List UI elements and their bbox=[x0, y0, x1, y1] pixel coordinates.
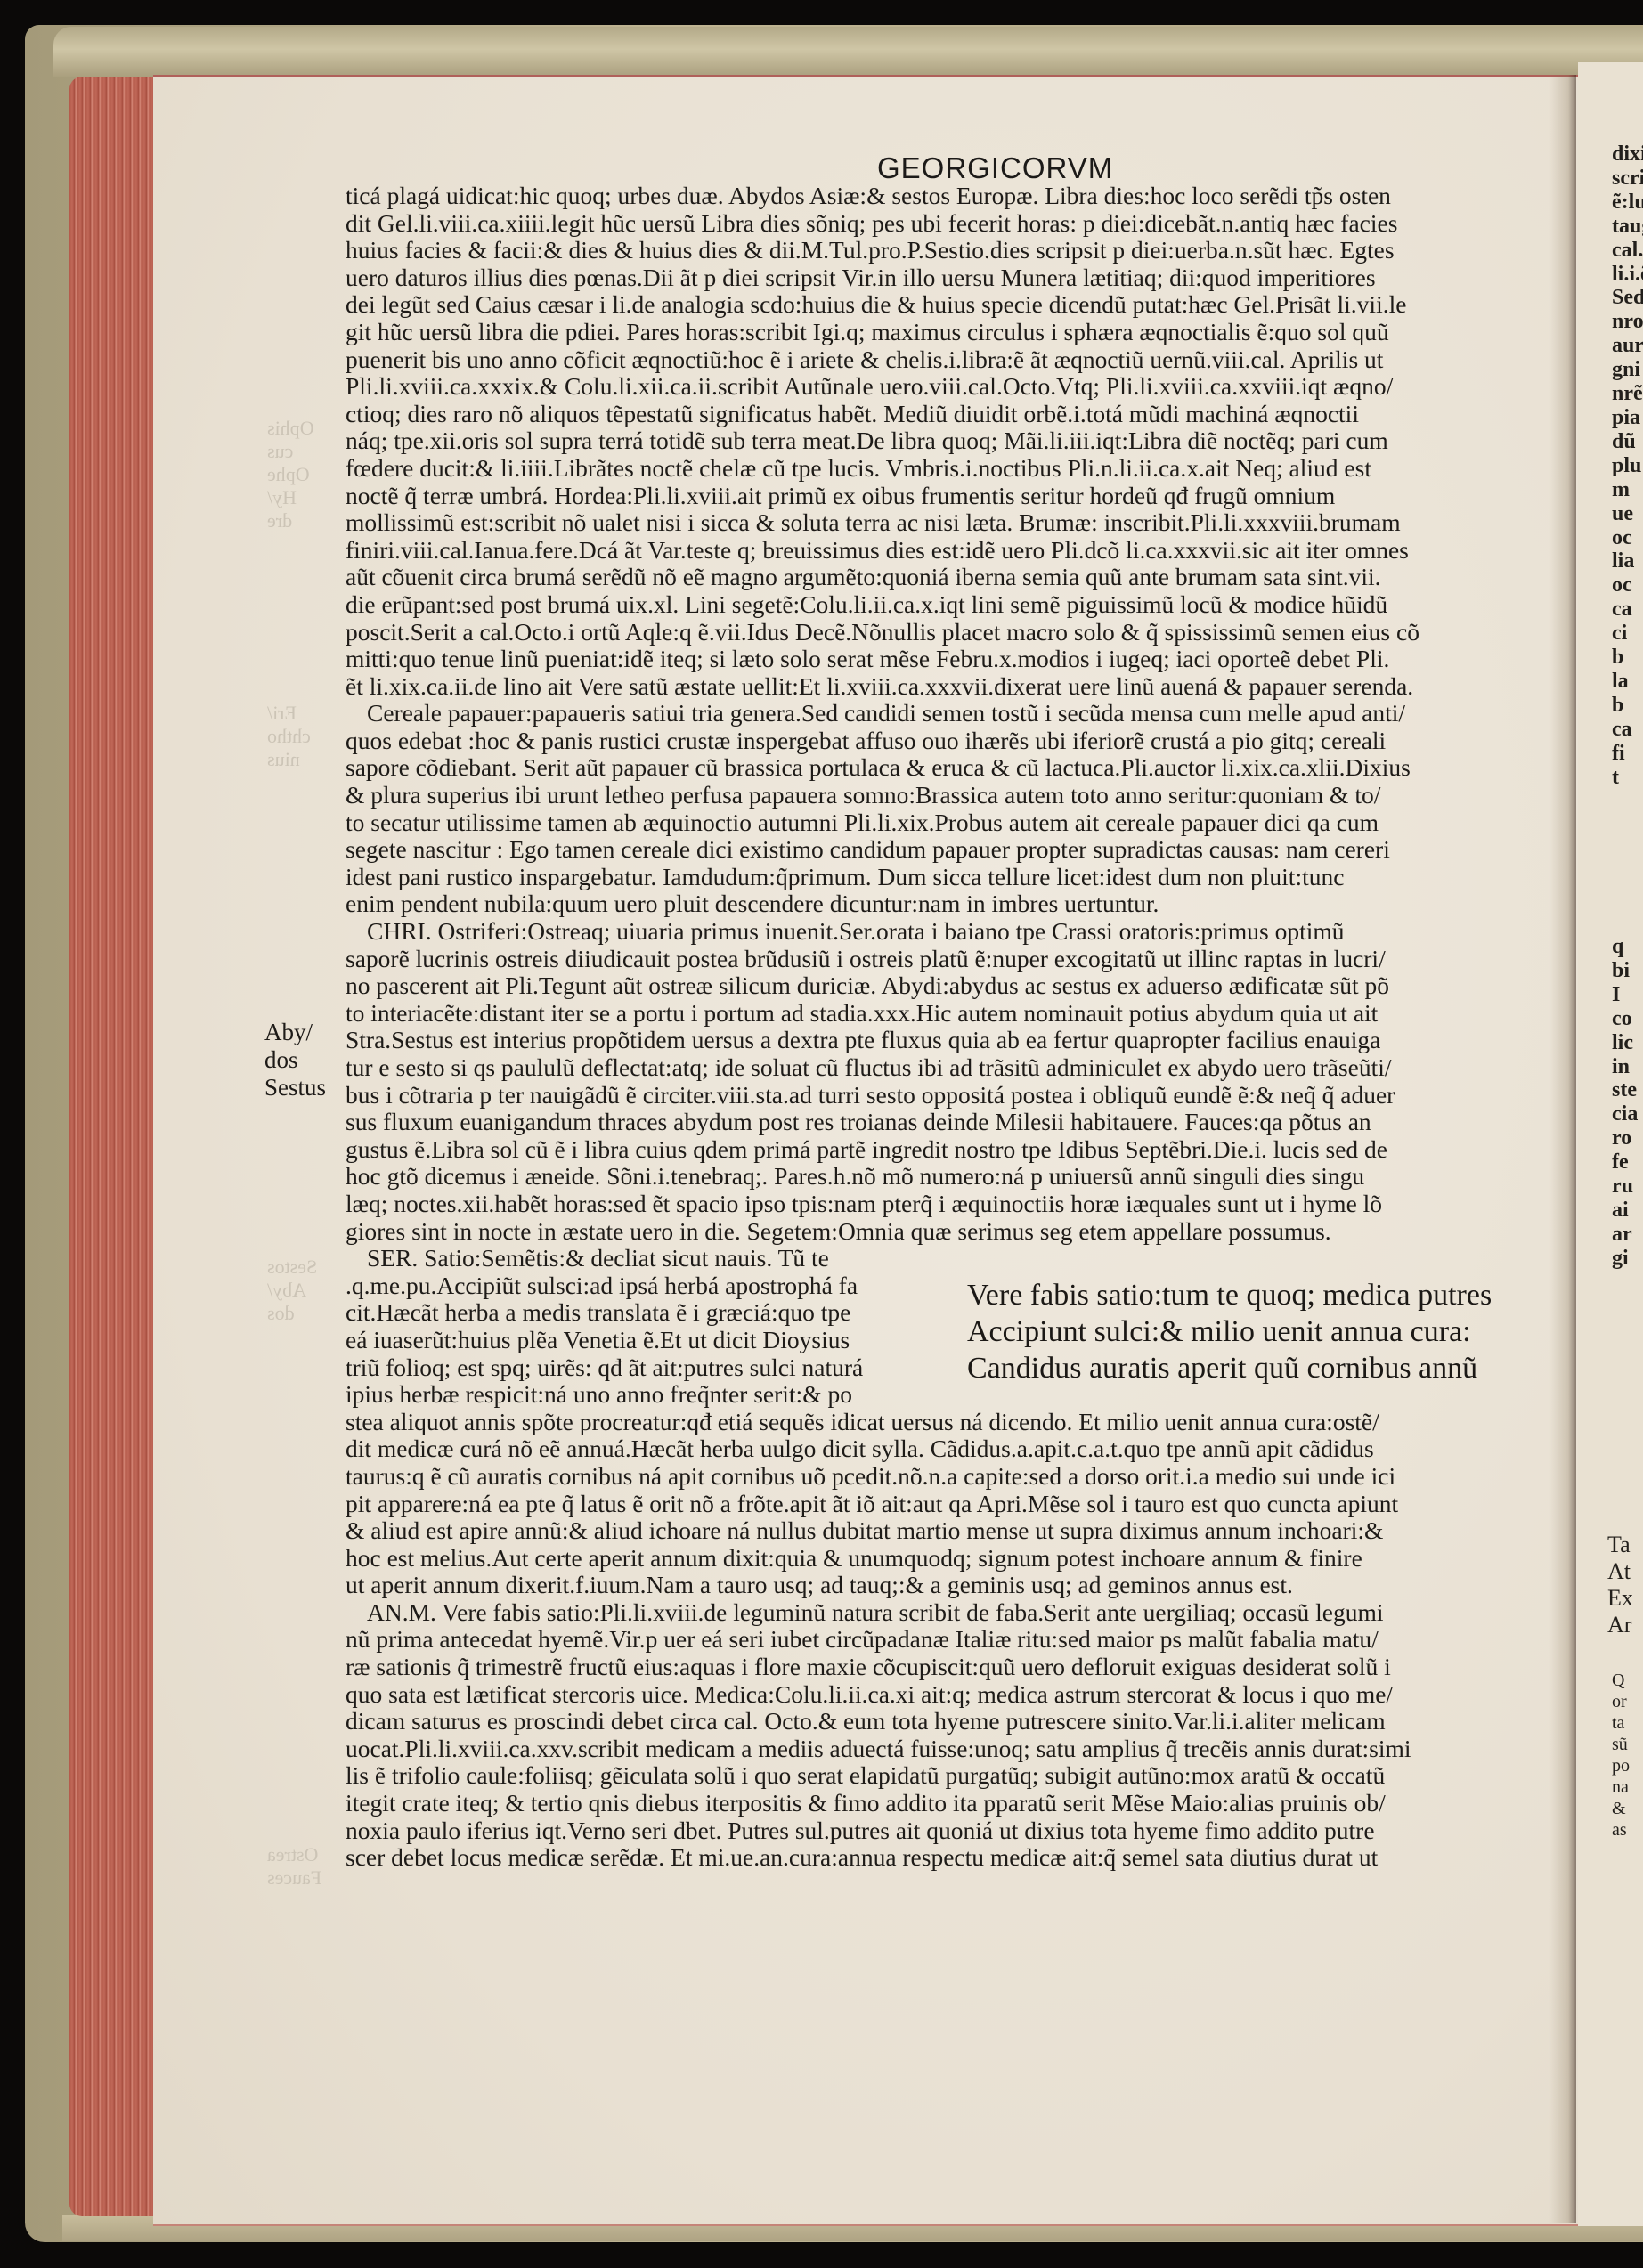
text-line: mollissimũ est:scribit nõ ualet nisi i s… bbox=[346, 509, 1532, 537]
text-line: pia bbox=[1612, 406, 1643, 430]
binding-top-edge bbox=[53, 27, 1643, 77]
text-line: ca bbox=[1612, 718, 1643, 742]
text-line: & plura superius ibi urunt letheo perfus… bbox=[346, 782, 1532, 809]
text-line: t bbox=[1612, 766, 1643, 790]
text-line: la bbox=[1612, 670, 1643, 694]
text-line: li.i.ẽ bbox=[1612, 263, 1643, 287]
show-through-note: chtho bbox=[267, 727, 311, 746]
text-line: lic bbox=[1612, 1031, 1643, 1055]
marginal-note-line: Sestus bbox=[264, 1074, 326, 1101]
text-line: aur bbox=[1612, 334, 1643, 358]
commentary-paragraph-2: Cereale papauer:papaueris satiui tria ge… bbox=[346, 700, 1532, 918]
text-line: ru bbox=[1612, 1175, 1643, 1199]
text-line: fi bbox=[1612, 742, 1643, 766]
show-through-note: Ophis bbox=[267, 419, 314, 438]
text-line: Ar bbox=[1607, 1612, 1643, 1638]
text-line: læq; noctes.xii.habẽt horas:sed ẽt spaci… bbox=[346, 1191, 1532, 1218]
text-line: ipius herbæ respicit:ná uno anno freq̃nt… bbox=[346, 1381, 940, 1409]
text-line: SER. Satio:Semẽtis:& decliat sicut nauis… bbox=[346, 1245, 962, 1272]
show-through-note: Aby/ bbox=[267, 1280, 306, 1300]
commentary-paragraph-4: stea aliquot annis spõte procreatur:qđ e… bbox=[346, 1409, 1532, 1599]
text-line: poscit.Serit a cal.Octo.i ortũ Aqle:q ẽ.… bbox=[346, 619, 1532, 646]
text-line: Accipiunt sulci:& milio uenit annua cura… bbox=[967, 1313, 1492, 1350]
text-line: dũ bbox=[1612, 430, 1643, 454]
text-line: ut aperit annum dixerit.f.iuum.Nam a tau… bbox=[346, 1572, 1532, 1599]
text-line: aũt cõuenit circa brumá serẽdũ nõ eẽ mag… bbox=[346, 564, 1532, 591]
text-line: & bbox=[1612, 1798, 1643, 1819]
text-line: b bbox=[1612, 694, 1643, 718]
text-line: Stra.Sestus est interius propõtidem uers… bbox=[346, 1027, 1532, 1054]
text-line: quo sata est lætificat stercoris uice. M… bbox=[346, 1681, 1532, 1709]
text-line: taurus:q ẽ cũ auratis cornibus ná apit c… bbox=[346, 1463, 1532, 1491]
text-line: hoc est melius.Aut certe aperit annum di… bbox=[346, 1545, 1532, 1573]
text-line: Pli.li.xviii.ca.xxxix.& Colu.li.xii.ca.i… bbox=[346, 373, 1532, 401]
text-line: Q bbox=[1612, 1670, 1643, 1691]
facing-page-text-top: dixiscriẽ:lutaugcal.nli.i.ẽSednroaurgnin… bbox=[1612, 142, 1643, 789]
show-through-note: Fauces bbox=[267, 1868, 321, 1888]
text-line: finiri.viii.cal.Ianua.fere.Dcá ãt Var.te… bbox=[346, 537, 1532, 565]
text-line: noctẽ q̃ terræ umbrá. Hordea:Pli.li.xvii… bbox=[346, 483, 1532, 510]
text-line: Ta bbox=[1607, 1532, 1643, 1558]
text-line: gustus ẽ.Libra sol cũ ẽ i libra cuius qd… bbox=[346, 1136, 1532, 1164]
text-line: Candidus auratis aperit quũ cornibus ann… bbox=[967, 1350, 1492, 1386]
text-line: scer debet locus medicæ serẽdæ. Et mi.ue… bbox=[346, 1844, 1532, 1872]
show-through-note: nius bbox=[267, 750, 300, 769]
text-line: dit medicæ curá nõ eẽ annuá.Hæcãt herba … bbox=[346, 1435, 1532, 1463]
show-through-note: Ostrea bbox=[267, 1845, 318, 1865]
text-line: dixi bbox=[1612, 142, 1643, 167]
verse-section: SER. Satio:Semẽtis:& decliat sicut nauis… bbox=[346, 1245, 1532, 1409]
text-line: eá iuaserũt:huius plẽa Venetia ẽ.Et ut d… bbox=[346, 1327, 940, 1354]
text-line: na bbox=[1612, 1776, 1643, 1798]
commentary-paragraph-3: CHRI. Ostriferi:Ostreaq; uiuaria primus … bbox=[346, 918, 1532, 1245]
text-line: cal.n bbox=[1612, 239, 1643, 263]
text-line: m bbox=[1612, 478, 1643, 502]
text-line: uocat.Pli.li.xviii.ca.xxv.scribit medica… bbox=[346, 1736, 1532, 1763]
text-line: oc bbox=[1612, 573, 1643, 597]
marginal-note-line: Aby/ bbox=[264, 1019, 326, 1046]
text-line: fe bbox=[1612, 1150, 1643, 1175]
text-line: fœdere ducit:& li.iiii.Librãtes noctẽ ch… bbox=[346, 455, 1532, 483]
red-page-edges bbox=[69, 77, 157, 2216]
text-line: triũ folioq; est spq; uirẽs: qđ ãt ait:p… bbox=[346, 1354, 940, 1382]
text-line: sũ bbox=[1612, 1734, 1643, 1755]
commentary-left-column: SER. Satio:Semẽtis:& decliat sicut nauis… bbox=[346, 1245, 940, 1409]
commentary-paragraph-5: AN.M. Vere fabis satio:Pli.li.xviii.de l… bbox=[346, 1599, 1532, 1872]
text-line: in bbox=[1612, 1055, 1643, 1079]
text-line: I bbox=[1612, 983, 1643, 1007]
text-line: ẽ:lu bbox=[1612, 191, 1643, 215]
text-line: mitti:quo tenue linũ pueniat:idẽ iteq; s… bbox=[346, 646, 1532, 673]
text-line: as bbox=[1612, 1819, 1643, 1841]
text-line: ẽt li.xix.ca.ii.de lino ait Vere satũ æs… bbox=[346, 673, 1532, 701]
text-line: ro bbox=[1612, 1126, 1643, 1150]
text-line: dicam saturus es proscindi debet circa c… bbox=[346, 1708, 1532, 1736]
running-head: GEORGICORVM bbox=[877, 151, 1113, 185]
text-line: or bbox=[1612, 1691, 1643, 1712]
text-line: idest pani rustico inspargebatur. Iamdud… bbox=[346, 864, 1532, 891]
facing-page-text-bottom: Qortasũpona&as bbox=[1612, 1670, 1643, 1841]
text-line: ticá plagá uidicat:hic quoq; urbes duæ. … bbox=[346, 183, 1532, 210]
text-line: huius facies & facii:& dies & huius dies… bbox=[346, 237, 1532, 264]
text-line: Vere fabis satio:tum te quoq; medica put… bbox=[967, 1277, 1492, 1313]
text-line: ai bbox=[1612, 1199, 1643, 1223]
text-line: noxia paulo iferius iqt.Verno seri đbet.… bbox=[346, 1817, 1532, 1845]
marginal-note: Aby/ dos Sestus bbox=[264, 1019, 326, 1101]
text-line: sus fluxum euanigandum thraces abydum po… bbox=[346, 1109, 1532, 1136]
text-line: saporẽ lucrinis ostreis diiudicauit post… bbox=[346, 946, 1532, 973]
text-line: to secatur utilissime tamen ab æquinocti… bbox=[346, 809, 1532, 837]
text-line: quos edebat :hoc & panis rustici crustæ … bbox=[346, 728, 1532, 755]
text-line: nro bbox=[1612, 310, 1643, 334]
text-line: bus i cõtraria p ter nauigãdũ ẽ circiter… bbox=[346, 1082, 1532, 1110]
text-line: taug bbox=[1612, 215, 1643, 239]
text-line: dei legũt sed Caius cæsar i li.de analog… bbox=[346, 291, 1532, 319]
show-through-note: Ophe bbox=[267, 465, 310, 484]
text-line: lia bbox=[1612, 549, 1643, 573]
text-line: ræ sationis q̃ trimestrẽ fructũ eius:aqu… bbox=[346, 1654, 1532, 1681]
facing-page-text-mid: qbiIcolicinsteciaroferuaiargi bbox=[1612, 935, 1643, 1271]
text-line: Sed bbox=[1612, 286, 1643, 310]
show-through-note: Eri/ bbox=[267, 703, 297, 723]
show-through-note: dos bbox=[267, 1304, 295, 1323]
text-line: ci bbox=[1612, 622, 1643, 646]
show-through-note: cus bbox=[267, 442, 293, 461]
text-line: dit Gel.li.viii.ca.xiiii.legit hũc uersũ… bbox=[346, 210, 1532, 238]
text-line: puenerit bis uno anno cõficit æqnoctiũ:h… bbox=[346, 346, 1532, 374]
gutter-shadow bbox=[1549, 75, 1576, 2223]
text-line: pit apparere:ná ea pte q̃ latus ẽ orit n… bbox=[346, 1491, 1532, 1518]
text-line: ar bbox=[1612, 1223, 1643, 1247]
facing-page-verse: TaAtExAr bbox=[1607, 1532, 1643, 1638]
text-line: die erũpant:sed post brumá uix.xl. Lini … bbox=[346, 591, 1532, 619]
commentary-paragraph-1: ticá plagá uidicat:hic quoq; urbes duæ. … bbox=[346, 183, 1532, 700]
text-line: At bbox=[1607, 1558, 1643, 1585]
text-line: ue bbox=[1612, 502, 1643, 526]
text-line: ca bbox=[1612, 597, 1643, 622]
show-through-note: Hy/ bbox=[267, 488, 297, 508]
text-line: hoc gtõ dicemus i æneide. Sõni.i.tenebra… bbox=[346, 1163, 1532, 1191]
text-line: Ex bbox=[1607, 1585, 1643, 1612]
text-line: nũ prima antecedat hyemẽ.Vir.p uer eá se… bbox=[346, 1626, 1532, 1654]
virgil-verse-lemma: Vere fabis satio:tum te quoq; medica put… bbox=[940, 1245, 1492, 1409]
text-line: stea aliquot annis spõte procreatur:qđ e… bbox=[346, 1409, 1532, 1436]
text-line: scri bbox=[1612, 167, 1643, 191]
text-line: gni bbox=[1612, 358, 1643, 382]
marginal-note-line: dos bbox=[264, 1046, 326, 1074]
text-line: náq; tpe.xii.oris sol supra terrá totidẽ… bbox=[346, 427, 1532, 455]
text-line: oc bbox=[1612, 526, 1643, 550]
text-line: sapore cõdiebant. Serit aũt papauer cũ b… bbox=[346, 754, 1532, 782]
text-line: giores sint in nocte in æstate uero in d… bbox=[346, 1218, 1532, 1246]
commentary-text: ticá plagá uidicat:hic quoq; urbes duæ. … bbox=[346, 183, 1532, 1872]
text-line: q bbox=[1612, 935, 1643, 959]
text-line: git hũc uersũ libra die pdiei. Pares hor… bbox=[346, 319, 1532, 346]
text-line: CHRI. Ostriferi:Ostreaq; uiuaria primus … bbox=[346, 918, 1532, 946]
text-line: b bbox=[1612, 646, 1643, 670]
text-line: segete nascitur : Ego tamen cereale dici… bbox=[346, 836, 1532, 864]
text-line: plu bbox=[1612, 454, 1643, 478]
show-through-note: Sestos bbox=[267, 1257, 317, 1277]
text-line: po bbox=[1612, 1755, 1643, 1776]
text-line: bi bbox=[1612, 959, 1643, 983]
text-line: to interiacẽte:distant iter se a portu i… bbox=[346, 1000, 1532, 1028]
text-line: ctioq; dies raro nõ aliquos tẽpestatũ si… bbox=[346, 401, 1532, 428]
text-line: & aliud est apire annũ:& aliud ichoare n… bbox=[346, 1517, 1532, 1545]
text-line: co bbox=[1612, 1007, 1643, 1031]
text-line: enim pendent nubila:quum uero pluit desc… bbox=[346, 890, 1532, 918]
text-line: Cereale papauer:papaueris satiui tria ge… bbox=[346, 700, 1532, 728]
text-line: gi bbox=[1612, 1247, 1643, 1271]
text-line: AN.M. Vere fabis satio:Pli.li.xviii.de l… bbox=[346, 1599, 1532, 1627]
text-line: ste bbox=[1612, 1078, 1643, 1102]
text-line: cit.Hæcãt herba a medis translata ẽ i gr… bbox=[346, 1299, 940, 1327]
text-line: cia bbox=[1612, 1102, 1643, 1126]
text-line: lis ẽ trifolio caule:foliisq; gẽiculata … bbox=[346, 1762, 1532, 1790]
text-line: uero daturos illius dies pœnas.Dii ãt p … bbox=[346, 264, 1532, 292]
text-line: itegit crate iteq; & tertio qnis diebus … bbox=[346, 1790, 1532, 1817]
text-line: nrẽ bbox=[1612, 382, 1643, 406]
text-line: no pascerent ait Pli.Tegunt aũt ostreæ s… bbox=[346, 972, 1532, 1000]
text-line: tur e sesto si qs paululũ deflectat:atq;… bbox=[346, 1054, 1532, 1082]
show-through-note: dre bbox=[267, 511, 292, 531]
text-line: .q.me.pu.Accipiũt sulsci:ad ipsá herbá a… bbox=[346, 1272, 940, 1300]
text-line: ta bbox=[1612, 1712, 1643, 1734]
